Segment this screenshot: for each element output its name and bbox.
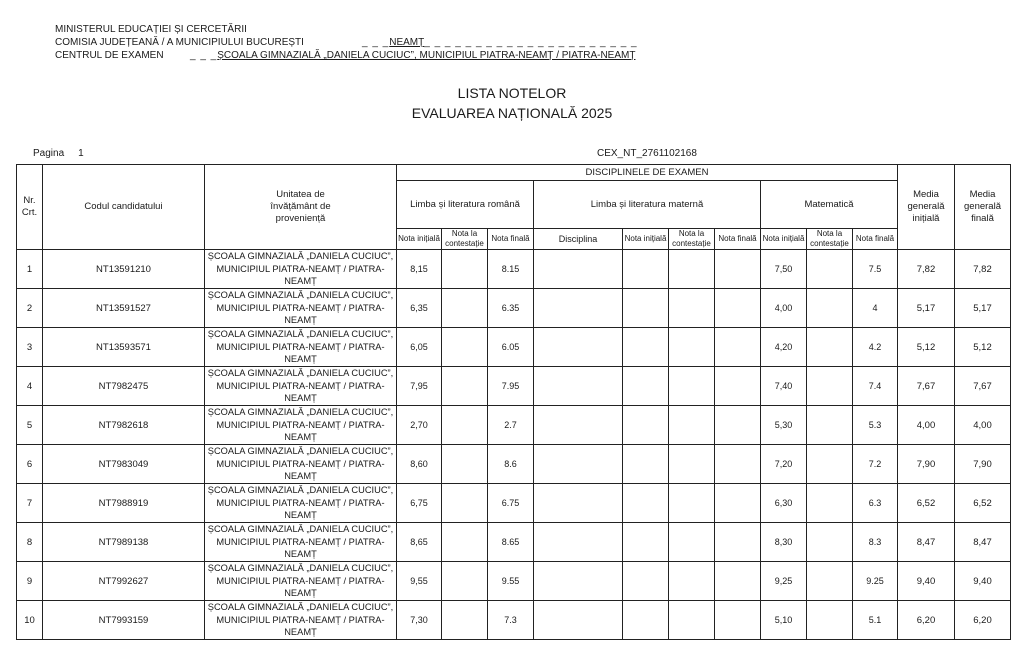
ro-initial-grade: 6,35 (397, 289, 442, 328)
math-initial-grade: 8,30 (761, 523, 807, 562)
math-appeal-grade (807, 289, 853, 328)
school-name: ȘCOALA GIMNAZIALĂ „DANIELA CUCIUC”,MUNIC… (205, 328, 397, 367)
row-number: 9 (17, 562, 43, 601)
header-ro-appeal: Nota la contestație (442, 229, 488, 250)
header-math-initial: Nota inițială (761, 229, 807, 250)
commission-name: NEAMȚ (389, 37, 424, 48)
math-final-grade: 5.1 (853, 601, 898, 640)
average-final: 7,90 (955, 445, 1011, 484)
header-mat-final: Nota finală (715, 229, 761, 250)
ro-appeal-grade (442, 328, 488, 367)
candidate-code: NT7982475 (43, 367, 205, 406)
table-row: 9NT7992627ȘCOALA GIMNAZIALĂ „DANIELA CUC… (17, 562, 1011, 601)
average-initial: 9,40 (898, 562, 955, 601)
maternal-final-grade (715, 406, 761, 445)
average-final: 4,00 (955, 406, 1011, 445)
average-final: 9,40 (955, 562, 1011, 601)
average-initial: 5,17 (898, 289, 955, 328)
school-name: ȘCOALA GIMNAZIALĂ „DANIELA CUCIUC”,MUNIC… (205, 289, 397, 328)
grades-table: Nr. Crt. Codul candidatului Unitatea de … (16, 164, 1011, 640)
table-row: 10NT7993159ȘCOALA GIMNAZIALĂ „DANIELA CU… (17, 601, 1011, 640)
average-final: 5,17 (955, 289, 1011, 328)
maternal-discipline (534, 601, 623, 640)
average-initial: 5,12 (898, 328, 955, 367)
exam-center-line: CENTRUL DE EXAMEN _ _ _ȘCOALA GIMNAZIALĂ… (55, 50, 164, 62)
ro-appeal-grade (442, 445, 488, 484)
math-initial-grade: 4,20 (761, 328, 807, 367)
average-initial: 8,47 (898, 523, 955, 562)
maternal-final-grade (715, 367, 761, 406)
math-appeal-grade (807, 445, 853, 484)
school-name: ȘCOALA GIMNAZIALĂ „DANIELA CUCIUC”,MUNIC… (205, 484, 397, 523)
ro-appeal-grade (442, 601, 488, 640)
math-final-grade: 9.25 (853, 562, 898, 601)
ro-final-grade: 8.6 (488, 445, 534, 484)
exam-center-name: ȘCOALA GIMNAZIALĂ „DANIELA CUCIUC”, MUNI… (217, 50, 635, 61)
header-disciplines: DISCIPLINELE DE EXAMEN (397, 165, 898, 181)
commission-label: COMISIA JUDEȚEANĂ / A MUNICIPIULUI BUCUR… (55, 37, 304, 48)
dash-prefix: _ _ _ (362, 37, 389, 48)
header-ro-final: Nota finală (488, 229, 534, 250)
ro-final-grade: 6.35 (488, 289, 534, 328)
maternal-initial-grade (623, 367, 669, 406)
average-initial: 7,67 (898, 367, 955, 406)
table-row: 7NT7988919ȘCOALA GIMNAZIALĂ „DANIELA CUC… (17, 484, 1011, 523)
maternal-final-grade (715, 562, 761, 601)
math-initial-grade: 5,10 (761, 601, 807, 640)
maternal-initial-grade (623, 445, 669, 484)
candidate-code: NT7988919 (43, 484, 205, 523)
row-number: 6 (17, 445, 43, 484)
maternal-final-grade (715, 445, 761, 484)
maternal-appeal-grade (669, 601, 715, 640)
school-name: ȘCOALA GIMNAZIALĂ „DANIELA CUCIUC”,MUNIC… (205, 367, 397, 406)
math-initial-grade: 9,25 (761, 562, 807, 601)
math-initial-grade: 4,00 (761, 289, 807, 328)
table-row: 8NT7989138ȘCOALA GIMNAZIALĂ „DANIELA CUC… (17, 523, 1011, 562)
math-final-grade: 7.2 (853, 445, 898, 484)
maternal-appeal-grade (669, 367, 715, 406)
math-final-grade: 7.4 (853, 367, 898, 406)
ro-initial-grade: 8,60 (397, 445, 442, 484)
ro-final-grade: 8.15 (488, 250, 534, 289)
ro-initial-grade: 2,70 (397, 406, 442, 445)
maternal-discipline (534, 445, 623, 484)
candidate-code: NT13591210 (43, 250, 205, 289)
average-initial: 6,20 (898, 601, 955, 640)
math-final-grade: 8.3 (853, 523, 898, 562)
school-name: ȘCOALA GIMNAZIALĂ „DANIELA CUCIUC”,MUNIC… (205, 562, 397, 601)
math-final-grade: 4 (853, 289, 898, 328)
math-initial-grade: 7,40 (761, 367, 807, 406)
maternal-appeal-grade (669, 484, 715, 523)
average-initial: 6,52 (898, 484, 955, 523)
school-name: ȘCOALA GIMNAZIALĂ „DANIELA CUCIUC”,MUNIC… (205, 601, 397, 640)
average-final: 7,82 (955, 250, 1011, 289)
exam-center-value: _ _ _ȘCOALA GIMNAZIALĂ „DANIELA CUCIUC”,… (190, 50, 635, 62)
header-math: Matematică (761, 181, 898, 229)
average-initial: 7,82 (898, 250, 955, 289)
page-indicator: Pagina1 (33, 148, 84, 159)
average-initial: 7,90 (898, 445, 955, 484)
ro-final-grade: 6.05 (488, 328, 534, 367)
school-name: ȘCOALA GIMNAZIALĂ „DANIELA CUCIUC”,MUNIC… (205, 250, 397, 289)
grades-body: 1NT13591210ȘCOALA GIMNAZIALĂ „DANIELA CU… (17, 250, 1011, 640)
ro-final-grade: 6.75 (488, 484, 534, 523)
header-avg-final: Media generală finală (955, 165, 1011, 250)
ro-final-grade: 7.3 (488, 601, 534, 640)
page-label: Pagina (33, 148, 64, 159)
header-code: Codul candidatului (43, 165, 205, 250)
commission-line: COMISIA JUDEȚEANĂ / A MUNICIPIULUI BUCUR… (55, 37, 304, 49)
math-appeal-grade (807, 523, 853, 562)
ro-final-grade: 2.7 (488, 406, 534, 445)
ro-appeal-grade (442, 484, 488, 523)
dash-suffix: _ _ _ _ _ _ _ _ _ _ _ _ _ _ _ _ _ _ _ _ … (424, 37, 637, 48)
maternal-discipline (534, 523, 623, 562)
header-mat-initial: Nota inițială (623, 229, 669, 250)
maternal-initial-grade (623, 289, 669, 328)
header-mat-appeal: Nota la contestație (669, 229, 715, 250)
maternal-discipline (534, 367, 623, 406)
row-number: 1 (17, 250, 43, 289)
header-maternal: Limba și literatura maternă (534, 181, 761, 229)
math-final-grade: 4.2 (853, 328, 898, 367)
ro-appeal-grade (442, 523, 488, 562)
header-school: Unitatea de învățământ de proveniență (205, 165, 397, 250)
maternal-appeal-grade (669, 406, 715, 445)
candidate-code: NT7989138 (43, 523, 205, 562)
ro-appeal-grade (442, 250, 488, 289)
row-number: 10 (17, 601, 43, 640)
row-number: 8 (17, 523, 43, 562)
math-appeal-grade (807, 406, 853, 445)
table-row: 4NT7982475ȘCOALA GIMNAZIALĂ „DANIELA CUC… (17, 367, 1011, 406)
average-final: 6,20 (955, 601, 1011, 640)
ro-final-grade: 7.95 (488, 367, 534, 406)
maternal-final-grade (715, 289, 761, 328)
table-row: 5NT7982618ȘCOALA GIMNAZIALĂ „DANIELA CUC… (17, 406, 1011, 445)
math-appeal-grade (807, 601, 853, 640)
maternal-initial-grade (623, 523, 669, 562)
dash-prefix: _ _ _ (190, 50, 217, 61)
table-row: 3NT13593571ȘCOALA GIMNAZIALĂ „DANIELA CU… (17, 328, 1011, 367)
maternal-appeal-grade (669, 523, 715, 562)
ro-initial-grade: 8,65 (397, 523, 442, 562)
math-initial-grade: 5,30 (761, 406, 807, 445)
maternal-final-grade (715, 250, 761, 289)
page-number: 1 (78, 148, 84, 159)
table-row: 6NT7983049ȘCOALA GIMNAZIALĂ „DANIELA CUC… (17, 445, 1011, 484)
maternal-discipline (534, 562, 623, 601)
ro-initial-grade: 6,05 (397, 328, 442, 367)
maternal-initial-grade (623, 562, 669, 601)
candidate-code: NT7982618 (43, 406, 205, 445)
school-name: ȘCOALA GIMNAZIALĂ „DANIELA CUCIUC”,MUNIC… (205, 406, 397, 445)
candidate-code: NT13593571 (43, 328, 205, 367)
ro-initial-grade: 8,15 (397, 250, 442, 289)
maternal-discipline (534, 484, 623, 523)
math-appeal-grade (807, 328, 853, 367)
exam-center-label: CENTRUL DE EXAMEN (55, 50, 164, 61)
maternal-final-grade (715, 601, 761, 640)
row-number: 3 (17, 328, 43, 367)
math-appeal-grade (807, 250, 853, 289)
ro-final-grade: 8.65 (488, 523, 534, 562)
math-appeal-grade (807, 367, 853, 406)
row-number: 5 (17, 406, 43, 445)
school-name: ȘCOALA GIMNAZIALĂ „DANIELA CUCIUC”,MUNIC… (205, 523, 397, 562)
maternal-appeal-grade (669, 289, 715, 328)
candidate-code: NT13591527 (43, 289, 205, 328)
maternal-appeal-grade (669, 250, 715, 289)
math-initial-grade: 6,30 (761, 484, 807, 523)
average-final: 7,67 (955, 367, 1011, 406)
document-subtitle: EVALUAREA NAȚIONALĂ 2025 (0, 105, 1024, 121)
table-row: 2NT13591527ȘCOALA GIMNAZIALĂ „DANIELA CU… (17, 289, 1011, 328)
ministry-line: MINISTERUL EDUCAȚIEI ȘI CERCETĂRII (55, 24, 247, 36)
ro-appeal-grade (442, 562, 488, 601)
row-number: 2 (17, 289, 43, 328)
maternal-initial-grade (623, 601, 669, 640)
table-row: 1NT13591210ȘCOALA GIMNAZIALĂ „DANIELA CU… (17, 250, 1011, 289)
math-final-grade: 5.3 (853, 406, 898, 445)
header-nr: Nr. Crt. (17, 165, 43, 250)
math-appeal-grade (807, 562, 853, 601)
ro-initial-grade: 7,30 (397, 601, 442, 640)
header-romanian: Limba și literatura română (397, 181, 534, 229)
header-ro-initial: Nota inițială (397, 229, 442, 250)
ro-appeal-grade (442, 367, 488, 406)
maternal-discipline (534, 250, 623, 289)
average-initial: 4,00 (898, 406, 955, 445)
candidate-code: NT7993159 (43, 601, 205, 640)
maternal-final-grade (715, 328, 761, 367)
document-title: LISTA NOTELOR (0, 85, 1024, 101)
candidate-code: NT7992627 (43, 562, 205, 601)
ro-appeal-grade (442, 289, 488, 328)
ro-final-grade: 9.55 (488, 562, 534, 601)
maternal-initial-grade (623, 328, 669, 367)
header-math-appeal: Nota la contestație (807, 229, 853, 250)
ro-appeal-grade (442, 406, 488, 445)
maternal-appeal-grade (669, 562, 715, 601)
maternal-appeal-grade (669, 328, 715, 367)
maternal-initial-grade (623, 250, 669, 289)
maternal-discipline (534, 406, 623, 445)
average-final: 6,52 (955, 484, 1011, 523)
maternal-initial-grade (623, 406, 669, 445)
ro-initial-grade: 9,55 (397, 562, 442, 601)
header-mat-discipline: Disciplina (534, 229, 623, 250)
maternal-discipline (534, 289, 623, 328)
header-math-final: Nota finală (853, 229, 898, 250)
row-number: 7 (17, 484, 43, 523)
math-final-grade: 6.3 (853, 484, 898, 523)
maternal-appeal-grade (669, 445, 715, 484)
ro-initial-grade: 6,75 (397, 484, 442, 523)
maternal-initial-grade (623, 484, 669, 523)
commission-value: _ _ _NEAMȚ_ _ _ _ _ _ _ _ _ _ _ _ _ _ _ … (362, 37, 638, 49)
math-appeal-grade (807, 484, 853, 523)
header-avg-initial: Media generală inițială (898, 165, 955, 250)
math-final-grade: 7.5 (853, 250, 898, 289)
maternal-discipline (534, 328, 623, 367)
school-name: ȘCOALA GIMNAZIALĂ „DANIELA CUCIUC”,MUNIC… (205, 445, 397, 484)
row-number: 4 (17, 367, 43, 406)
average-final: 5,12 (955, 328, 1011, 367)
average-final: 8,47 (955, 523, 1011, 562)
exam-center-code: CEX_NT_2761102168 (597, 148, 697, 159)
math-initial-grade: 7,50 (761, 250, 807, 289)
maternal-final-grade (715, 484, 761, 523)
math-initial-grade: 7,20 (761, 445, 807, 484)
ro-initial-grade: 7,95 (397, 367, 442, 406)
maternal-final-grade (715, 523, 761, 562)
candidate-code: NT7983049 (43, 445, 205, 484)
